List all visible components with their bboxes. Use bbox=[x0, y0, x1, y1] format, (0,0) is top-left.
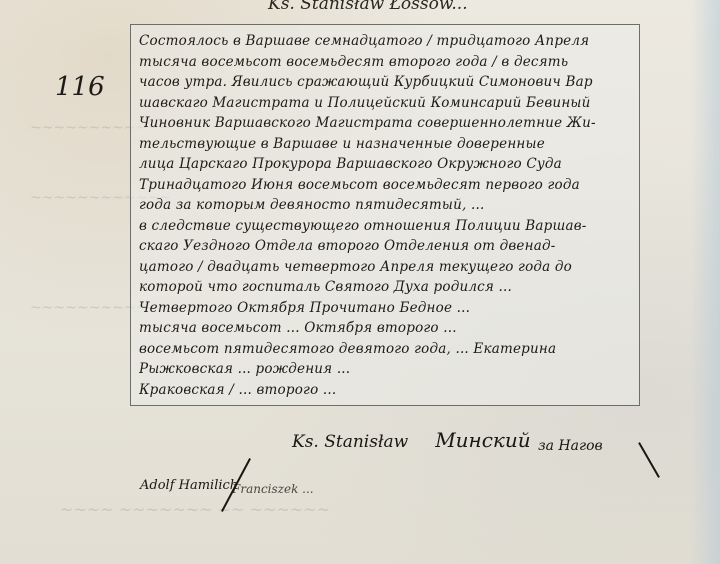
page-edge bbox=[690, 0, 720, 564]
record-line: Состоялось в Варшаве семнадцатого / трид… bbox=[139, 31, 631, 52]
record-line: тысяча восемьсот ... Октября второго ... bbox=[139, 318, 631, 339]
signature-witness-2: Franciszek ... bbox=[232, 482, 314, 496]
record-frame: Состоялось в Варшаве семнадцатого / трид… bbox=[130, 24, 640, 406]
record-line: восемьсот пятидесятого девятого года, ..… bbox=[139, 339, 631, 360]
record-line: Краковская / ... второго ... bbox=[139, 380, 631, 401]
signature-priest: Ks. Stanisław Минский bbox=[292, 428, 531, 452]
signature-witness-1: Adolf Hamilich bbox=[140, 478, 238, 493]
bleed-through-text: ~~~~ ~~~~~~~ ~~ ~~~~~~ bbox=[60, 500, 330, 519]
entry-number: 116 bbox=[55, 72, 105, 102]
signature-note-right: за Нагов bbox=[538, 438, 603, 454]
signature-clerk-text: Минский bbox=[435, 428, 530, 452]
record-line: Чиновник Варшавского Магистрата совершен… bbox=[139, 113, 631, 134]
header-note: Ks. Stanisław Łossow... bbox=[268, 0, 468, 14]
record-line: в следствие существующего отношения Поли… bbox=[139, 216, 631, 237]
record-line: тысяча восемьсот восемьдесят второго год… bbox=[139, 52, 631, 73]
record-line: Тринадцатого Июня восемьсот восемьдесят … bbox=[139, 175, 631, 196]
record-line: шавскаго Магистрата и Полицейский Коминс… bbox=[139, 93, 631, 114]
record-line: которой что госпиталь Святого Духа родил… bbox=[139, 277, 631, 298]
record-line: цатого / двадцать четвертого Апреля теку… bbox=[139, 257, 631, 278]
record-line: лица Царскаго Прокурора Варшавского Окру… bbox=[139, 154, 631, 175]
record-line: Четвертого Октября Прочитано Бедное ... bbox=[139, 298, 631, 319]
record-body: Состоялось в Варшаве семнадцатого / трид… bbox=[139, 31, 631, 400]
record-line: года за которым девяносто пятидесятый, .… bbox=[139, 195, 631, 216]
signature-priest-text: Ks. Stanisław bbox=[292, 432, 408, 452]
record-line: Рыжковская ... рождения ... bbox=[139, 359, 631, 380]
record-line: часов утра. Явились сражающий Курбицкий … bbox=[139, 72, 631, 93]
record-line: тельствующие в Варшаве и назначенные дов… bbox=[139, 134, 631, 155]
record-line: скаго Уездного Отдела второго Отделения … bbox=[139, 236, 631, 257]
